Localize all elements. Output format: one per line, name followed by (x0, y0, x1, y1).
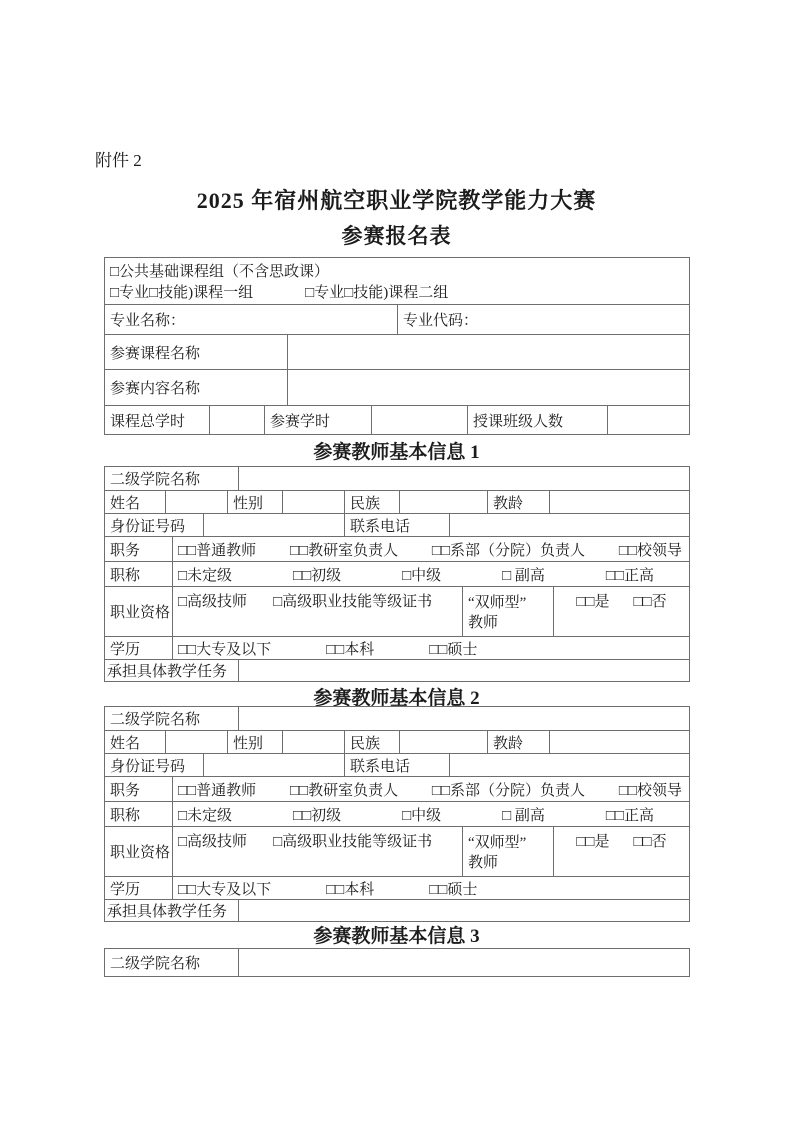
id-number-input[interactable] (204, 754, 345, 776)
title-option-ungraded[interactable]: □未定级 (178, 564, 232, 585)
education-label: 学历 (105, 637, 173, 659)
teaching-years-input[interactable] (550, 491, 689, 513)
content-name-label: 参赛内容名称 (105, 370, 288, 405)
phone-input[interactable] (450, 514, 689, 536)
hours-row: 课程总学时 参赛学时 授课班级人数 (105, 405, 689, 434)
qualification-option-senior-technician[interactable]: □高级技师 (178, 830, 247, 851)
double-teacher-options-cell: □□是 □□否 (554, 587, 689, 636)
position-option-office-head[interactable]: □□教研室负责人 (290, 539, 398, 560)
id-number-input[interactable] (204, 514, 345, 536)
total-hours-input[interactable] (210, 406, 265, 434)
gender-label: 性别 (228, 491, 283, 513)
college-input[interactable] (239, 707, 689, 730)
title-label: 职称 (105, 562, 173, 586)
position-row: 职务 □□普通教师 □□教研室负责人 □□系部（分院）负责人 □□校领导 (105, 536, 689, 561)
qualification-option-skill-certificate[interactable]: □高级职业技能等级证书 (273, 830, 432, 851)
education-option-master[interactable]: □□硕士 (429, 878, 477, 899)
class-size-input[interactable] (608, 406, 689, 434)
qualification-options-cell: □高级技师 □高级职业技能等级证书 (173, 587, 463, 636)
name-row: 姓名 性别 民族 教龄 (105, 490, 689, 513)
title-label: 职称 (105, 802, 173, 826)
qualification-options-cell: □高级技师 □高级职业技能等级证书 (173, 827, 463, 876)
qualification-row: 职业资格 □高级技师 □高级职业技能等级证书 “双师型” 教师 □□是 □□否 (105, 586, 689, 636)
college-label: 二级学院名称 (105, 949, 239, 976)
double-teacher-option-no[interactable]: □□否 (634, 830, 667, 851)
double-teacher-option-no[interactable]: □□否 (634, 590, 667, 611)
position-option-dept-head[interactable]: □□系部（分院）负责人 (432, 779, 585, 800)
ethnicity-label: 民族 (345, 491, 400, 513)
course-name-label: 参赛课程名称 (105, 335, 288, 369)
qualification-option-skill-certificate[interactable]: □高级职业技能等级证书 (273, 590, 432, 611)
position-option-regular-teacher[interactable]: □□普通教师 (178, 539, 256, 560)
position-option-school-leader[interactable]: □□校领导 (619, 539, 682, 560)
course-name-input[interactable] (288, 335, 689, 369)
double-teacher-option-yes[interactable]: □□是 (576, 830, 609, 851)
teacher1-table: 二级学院名称 姓名 性别 民族 教龄 身份证号码 联系电话 职务 □□普通教师 … (104, 466, 690, 682)
education-option-bachelor[interactable]: □□本科 (326, 638, 374, 659)
education-options-cell: □□大专及以下 □□本科 □□硕士 (173, 637, 689, 659)
double-teacher-label-line1: “双师型” (468, 833, 526, 853)
education-option-bachelor[interactable]: □□本科 (326, 878, 374, 899)
title-options-cell: □未定级 □□初级 □中级 □ 副高 □□正高 (173, 802, 689, 826)
content-name-input[interactable] (288, 370, 689, 405)
teaching-years-input[interactable] (550, 731, 689, 753)
teaching-years-label: 教龄 (488, 731, 550, 753)
college-label: 二级学院名称 (105, 467, 239, 490)
qualification-label: 职业资格 (105, 587, 173, 636)
content-name-row: 参赛内容名称 (105, 369, 689, 405)
double-teacher-label-cell: “双师型” 教师 (463, 587, 554, 636)
gender-input[interactable] (283, 731, 345, 753)
education-label: 学历 (105, 877, 173, 899)
double-teacher-label-line1: “双师型” (468, 593, 526, 613)
position-options-cell: □□普通教师 □□教研室负责人 □□系部（分院）负责人 □□校领导 (173, 777, 689, 801)
title-option-associate-senior[interactable]: □ 副高 (502, 804, 545, 825)
title-option-junior[interactable]: □□初级 (293, 804, 341, 825)
position-option-dept-head[interactable]: □□系部（分院）负责人 (432, 539, 585, 560)
teaching-task-row: 承担具体教学任务 (105, 659, 689, 681)
title-option-intermediate[interactable]: □中级 (402, 564, 441, 585)
title-row: 职称 □未定级 □□初级 □中级 □ 副高 □□正高 (105, 561, 689, 586)
double-teacher-option-yes[interactable]: □□是 (576, 590, 609, 611)
course-info-table: □公共基础课程组（不含思政课） □专业□技能)课程一组 □专业□技能)课程二组 … (104, 257, 690, 435)
college-input[interactable] (239, 467, 689, 490)
position-row: 职务 □□普通教师 □□教研室负责人 □□系部（分院）负责人 □□校领导 (105, 776, 689, 801)
teaching-task-input[interactable] (239, 660, 689, 681)
major-code-label: 专业代码： (398, 305, 689, 334)
teaching-task-input[interactable] (239, 900, 689, 921)
document-title-line1: 2025 年宿州航空职业学院教学能力大赛 (0, 184, 793, 215)
name-input[interactable] (166, 491, 228, 513)
title-option-full-senior[interactable]: □□正高 (606, 804, 654, 825)
document-page: 附件 2 2025 年宿州航空职业学院教学能力大赛 参赛报名表 □公共基础课程组… (0, 0, 793, 1122)
course-group-option-major1[interactable]: □专业□技能)课程一组 (110, 281, 253, 302)
entry-hours-input[interactable] (372, 406, 468, 434)
college-row: 二级学院名称 (105, 949, 689, 976)
teaching-task-label: 承担具体教学任务 (105, 660, 239, 681)
course-group-cell: □公共基础课程组（不含思政课） □专业□技能)课程一组 □专业□技能)课程二组 (105, 258, 689, 304)
gender-label: 性别 (228, 731, 283, 753)
teacher3-table: 二级学院名称 (104, 948, 690, 977)
phone-label: 联系电话 (345, 754, 450, 776)
ethnicity-input[interactable] (400, 491, 488, 513)
education-option-college[interactable]: □□大专及以下 (178, 638, 271, 659)
teacher2-table: 二级学院名称 姓名 性别 民族 教龄 身份证号码 联系电话 职务 □□普通教师 … (104, 706, 690, 922)
title-option-ungraded[interactable]: □未定级 (178, 804, 232, 825)
position-options-cell: □□普通教师 □□教研室负责人 □□系部（分院）负责人 □□校领导 (173, 537, 689, 561)
qualification-row: 职业资格 □高级技师 □高级职业技能等级证书 “双师型” 教师 □□是 □□否 (105, 826, 689, 876)
double-teacher-label-cell: “双师型” 教师 (463, 827, 554, 876)
double-teacher-options-cell: □□是 □□否 (554, 827, 689, 876)
teaching-task-label: 承担具体教学任务 (105, 900, 239, 921)
double-teacher-label-line2: 教师 (468, 613, 498, 633)
education-row: 学历 □□大专及以下 □□本科 □□硕士 (105, 876, 689, 899)
id-number-label: 身份证号码 (105, 514, 204, 536)
teaching-years-label: 教龄 (488, 491, 550, 513)
gender-input[interactable] (283, 491, 345, 513)
phone-input[interactable] (450, 754, 689, 776)
qualification-option-senior-technician[interactable]: □高级技师 (178, 590, 247, 611)
college-row: 二级学院名称 (105, 707, 689, 730)
position-option-regular-teacher[interactable]: □□普通教师 (178, 779, 256, 800)
qualification-label: 职业资格 (105, 827, 173, 876)
major-name-label: 专业名称： (105, 305, 398, 334)
course-name-row: 参赛课程名称 (105, 334, 689, 369)
title-row: 职称 □未定级 □□初级 □中级 □ 副高 □□正高 (105, 801, 689, 826)
teaching-task-row: 承担具体教学任务 (105, 899, 689, 921)
teacher3-section-title: 参赛教师基本信息 3 (0, 921, 793, 948)
college-label: 二级学院名称 (105, 707, 239, 730)
class-size-label: 授课班级人数 (468, 406, 608, 434)
course-group-option-major2[interactable]: □专业□技能)课程二组 (305, 281, 448, 302)
education-options-cell: □□大专及以下 □□本科 □□硕士 (173, 877, 689, 899)
name-label: 姓名 (105, 491, 166, 513)
education-option-master[interactable]: □□硕士 (429, 638, 477, 659)
college-input[interactable] (239, 949, 689, 976)
position-label: 职务 (105, 777, 173, 801)
entry-hours-label: 参赛学时 (265, 406, 372, 434)
course-group-option-public[interactable]: □公共基础课程组（不含思政课） (110, 260, 329, 281)
title-option-junior[interactable]: □□初级 (293, 564, 341, 585)
double-teacher-label-line2: 教师 (468, 853, 498, 873)
position-option-school-leader[interactable]: □□校领导 (619, 779, 682, 800)
document-title-line2: 参赛报名表 (0, 220, 793, 250)
ethnicity-label: 民族 (345, 731, 400, 753)
id-phone-row: 身份证号码 联系电话 (105, 513, 689, 536)
phone-label: 联系电话 (345, 514, 450, 536)
education-row: 学历 □□大专及以下 □□本科 □□硕士 (105, 636, 689, 659)
name-row: 姓名 性别 民族 教龄 (105, 730, 689, 753)
id-phone-row: 身份证号码 联系电话 (105, 753, 689, 776)
title-option-intermediate[interactable]: □中级 (402, 804, 441, 825)
position-label: 职务 (105, 537, 173, 561)
title-option-full-senior[interactable]: □□正高 (606, 564, 654, 585)
course-group-row: □公共基础课程组（不含思政课） □专业□技能)课程一组 □专业□技能)课程二组 (105, 258, 689, 304)
total-hours-label: 课程总学时 (105, 406, 210, 434)
college-row: 二级学院名称 (105, 467, 689, 490)
attachment-label: 附件 2 (95, 146, 142, 171)
education-option-college[interactable]: □□大专及以下 (178, 878, 271, 899)
title-option-associate-senior[interactable]: □ 副高 (502, 564, 545, 585)
id-number-label: 身份证号码 (105, 754, 204, 776)
major-row: 专业名称： 专业代码： (105, 304, 689, 334)
position-option-office-head[interactable]: □□教研室负责人 (290, 779, 398, 800)
name-label: 姓名 (105, 731, 166, 753)
teacher1-section-title: 参赛教师基本信息 1 (0, 437, 793, 464)
ethnicity-input[interactable] (400, 731, 488, 753)
name-input[interactable] (166, 731, 228, 753)
title-options-cell: □未定级 □□初级 □中级 □ 副高 □□正高 (173, 562, 689, 586)
